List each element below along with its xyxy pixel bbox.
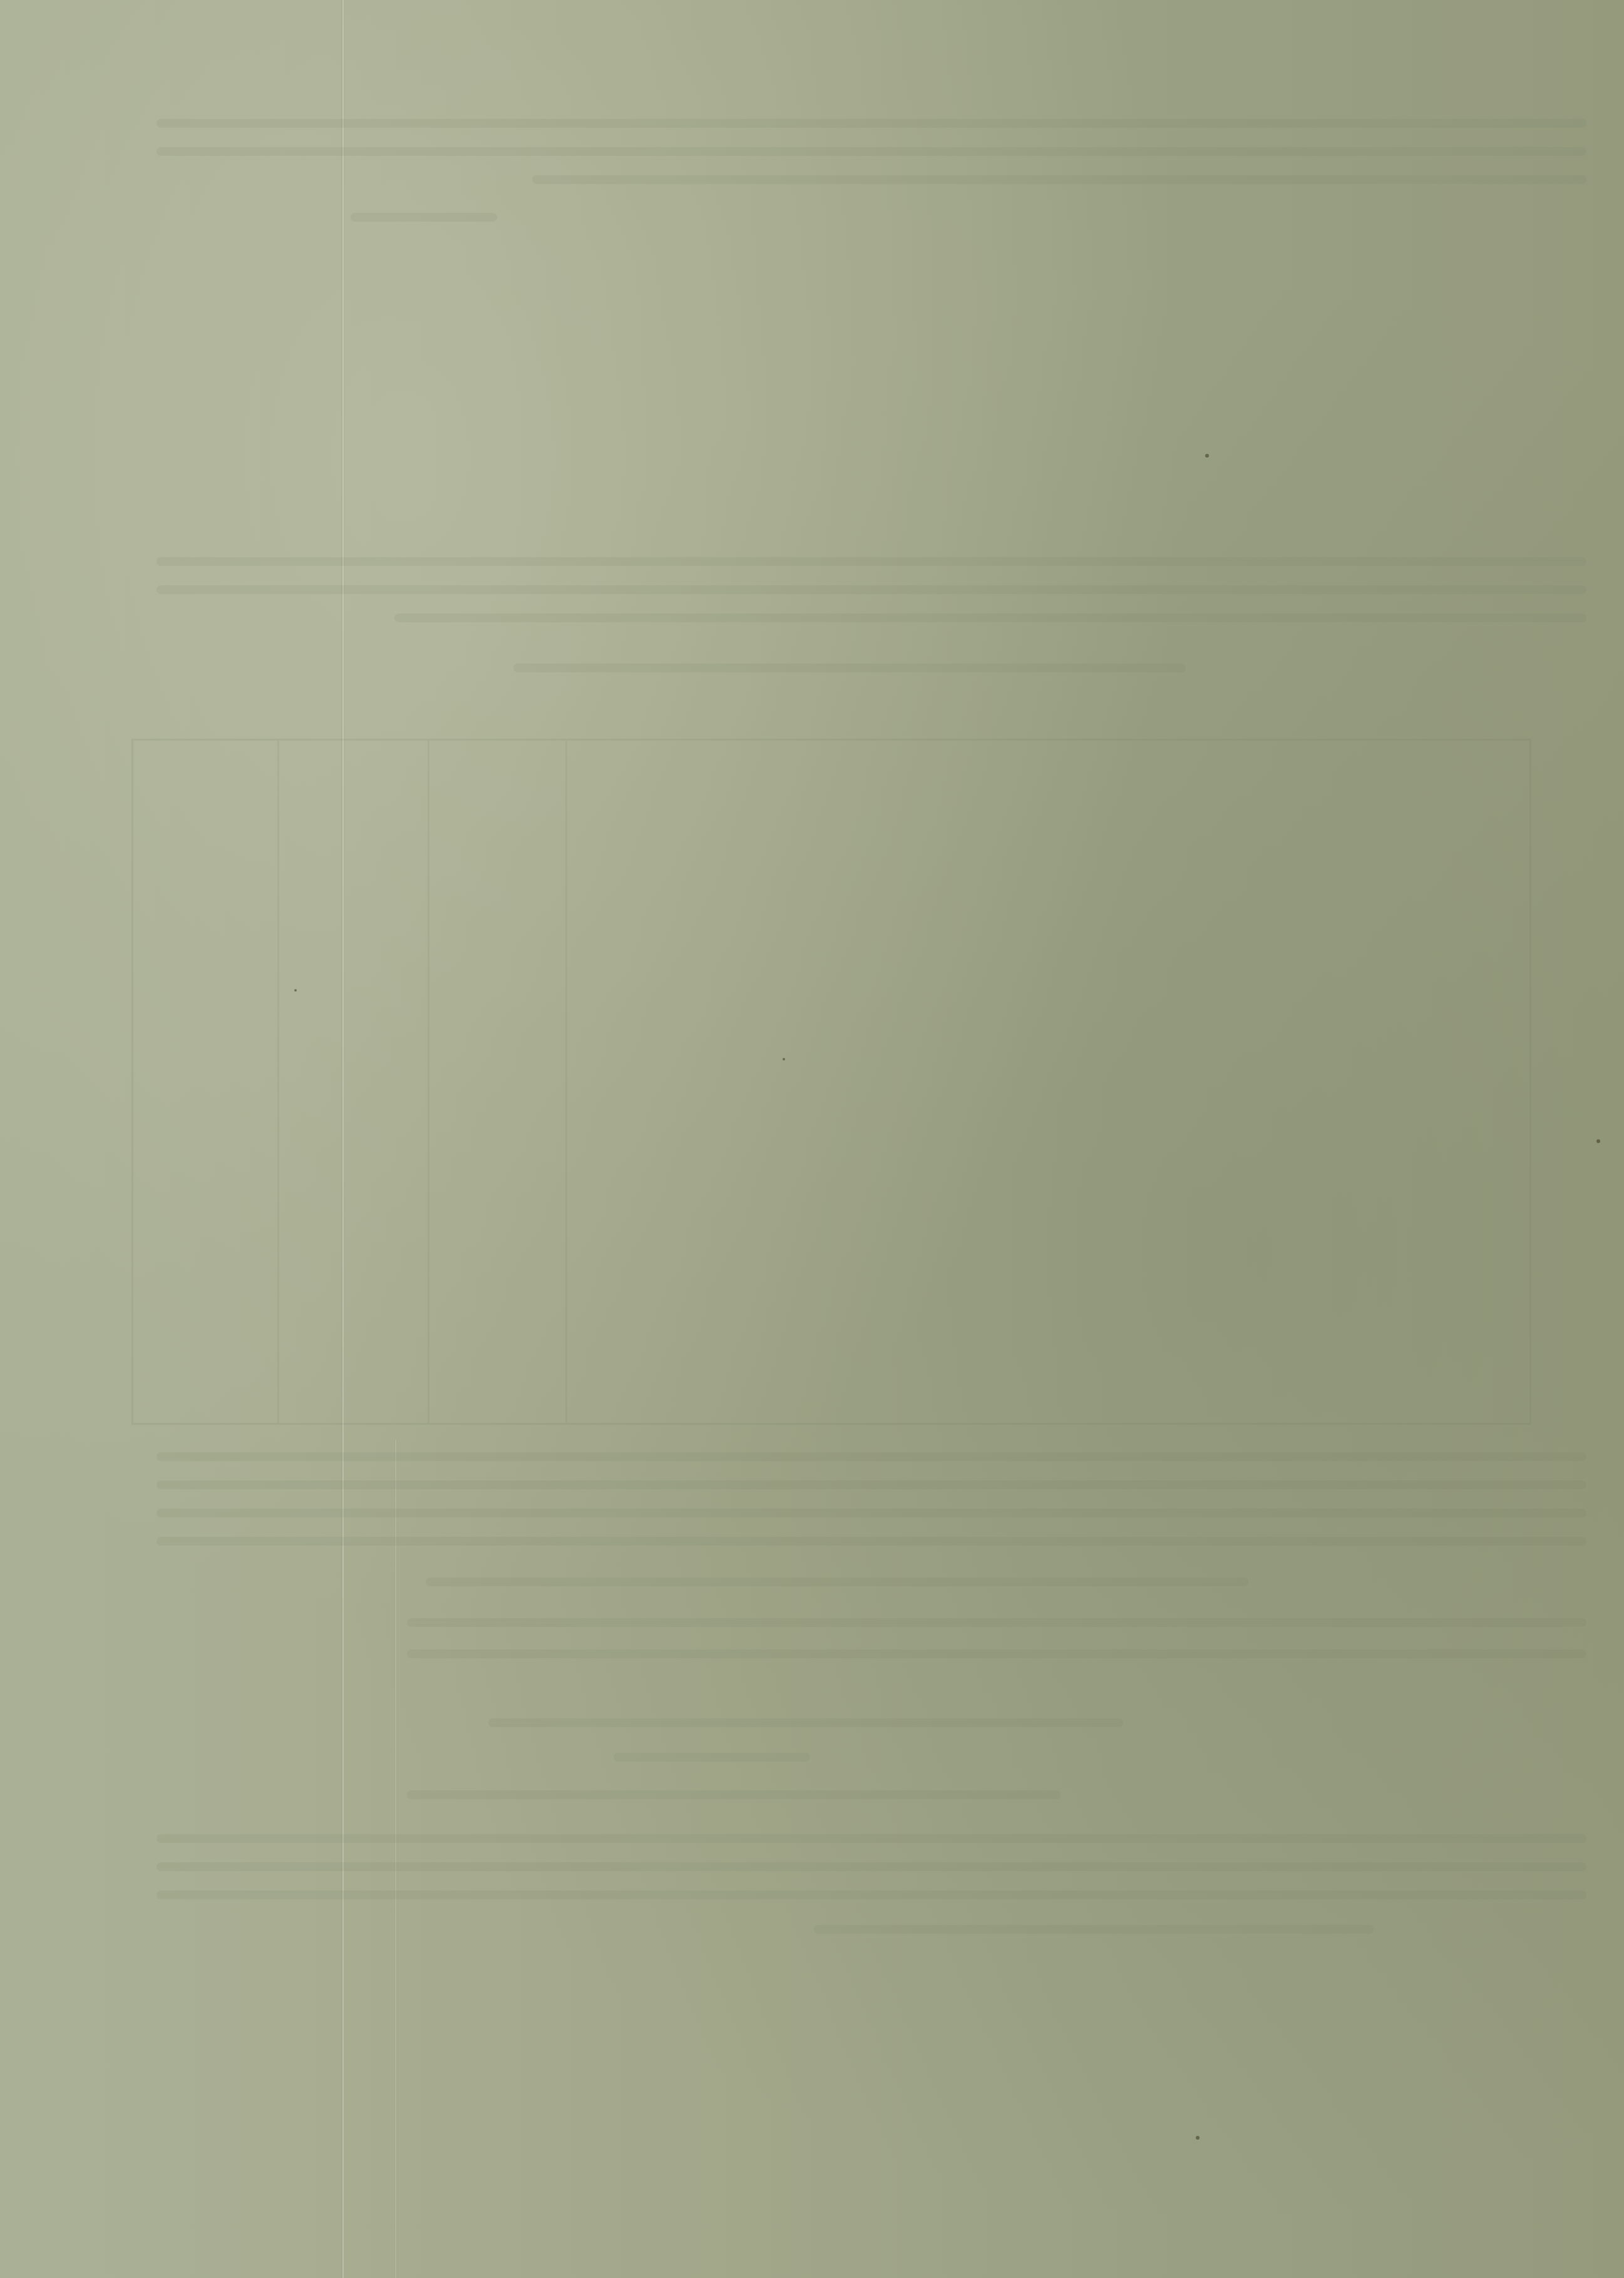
- bleed-through-line: [157, 1480, 1586, 1489]
- bleed-through-line: [407, 1790, 1061, 1799]
- bleed-through-line: [157, 1891, 1586, 1899]
- bleed-through-table-column: [565, 741, 567, 1423]
- bleed-through-line: [157, 1537, 1586, 1546]
- bleed-through-table-column: [428, 741, 429, 1423]
- bleed-through-line: [157, 585, 1586, 594]
- bleed-through-line: [407, 1649, 1586, 1658]
- bleed-through-line: [513, 664, 1186, 672]
- bleed-through-line: [614, 1753, 810, 1762]
- bleed-through-line: [157, 1862, 1586, 1871]
- paper-speck: [1205, 454, 1209, 458]
- bleed-through-line: [394, 613, 1586, 622]
- bleed-through-line: [426, 1578, 1248, 1586]
- bleed-through-line: [157, 119, 1586, 128]
- paper-speck: [1596, 1139, 1600, 1143]
- bleed-through-table-column: [277, 741, 279, 1423]
- paper-speck: [783, 1058, 785, 1060]
- bleed-through-line: [488, 1718, 1123, 1727]
- bleed-through-table: [131, 739, 1531, 1425]
- bleed-through-line: [157, 1834, 1586, 1843]
- paper-speck: [294, 989, 297, 992]
- bleed-through-line: [407, 1618, 1586, 1627]
- bleed-through-line: [157, 1509, 1586, 1517]
- paper-fold-crease-lower: [394, 1440, 397, 2278]
- scanned-page-blank-reverse: [0, 0, 1624, 2278]
- bleed-through-line: [157, 147, 1586, 156]
- bleed-through-line: [157, 557, 1586, 566]
- bleed-through-line: [532, 175, 1586, 184]
- paper-speck: [1196, 2136, 1200, 2140]
- bleed-through-line: [814, 1925, 1374, 1934]
- bleed-through-line: [157, 1452, 1586, 1461]
- bleed-through-line: [351, 213, 497, 222]
